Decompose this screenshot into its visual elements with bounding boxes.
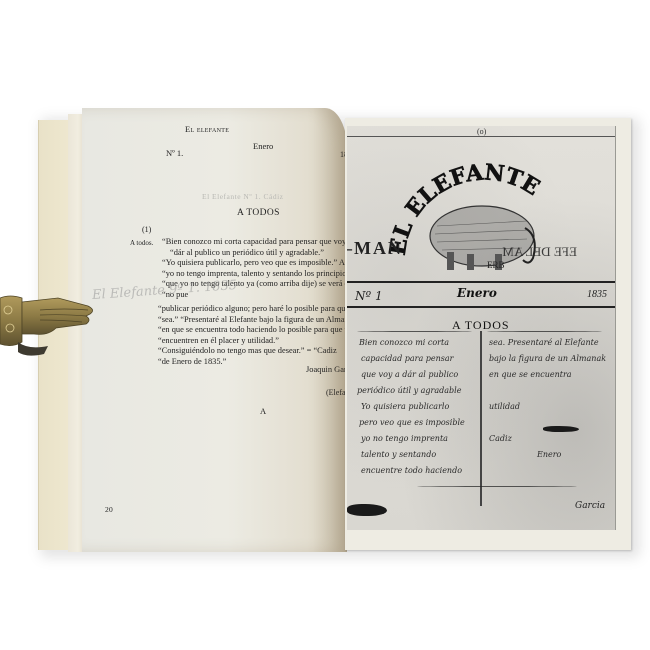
ruled-line bbox=[417, 486, 577, 487]
facsimile-month: Enero bbox=[457, 286, 497, 300]
handwriting: encuentre todo haciendo bbox=[361, 466, 462, 475]
handwriting: que voy a dár al publico bbox=[361, 370, 458, 379]
svg-text:EFE DEL AM: EFE DEL AM bbox=[502, 244, 577, 259]
ruled-line bbox=[357, 331, 472, 332]
facsimile-year: 1835 bbox=[587, 289, 607, 300]
handwriting: Yo quisiera publicarlo bbox=[361, 402, 449, 411]
masthead-sub-left: –MAN bbox=[347, 238, 403, 259]
left-page: El elefante Nº 1. Enero 18 El Elefante N… bbox=[82, 108, 347, 552]
manuscript-facsimile: (o) EL ELEFANTE bbox=[347, 126, 616, 530]
book-photo: El elefante Nº 1. Enero 18 El Elefante N… bbox=[0, 0, 650, 650]
ink-blot bbox=[347, 504, 387, 516]
handwriting: Enero bbox=[537, 450, 561, 459]
margin-label: A todos. bbox=[130, 238, 153, 249]
show-through-text: El Elefante Nº 1. Cádiz bbox=[202, 192, 284, 203]
elephant-masthead-icon: EL ELEFANTE ERB EFE DEL AM bbox=[387, 156, 577, 276]
handwriting: en que se encuentra bbox=[489, 370, 572, 379]
handwriting: yo no tengo imprenta bbox=[361, 434, 448, 443]
column-divider bbox=[480, 331, 482, 506]
ink-blot bbox=[543, 426, 579, 432]
running-head: El elefante bbox=[185, 124, 229, 135]
handwriting: sea. Presentaré al Elefante bbox=[489, 338, 599, 347]
handwriting: utilidad bbox=[489, 402, 520, 411]
date-rule bbox=[347, 306, 615, 308]
masthead-small: ERB bbox=[487, 260, 505, 270]
right-page: (o) EL ELEFANTE bbox=[345, 118, 631, 550]
masthead: EL ELEFANTE ERB EFE DEL AM bbox=[387, 156, 577, 276]
handwriting: pero veo que es imposible bbox=[359, 418, 465, 427]
facsimile-issue-number: Nº 1 bbox=[355, 289, 383, 303]
handwriting: Cadiz bbox=[489, 434, 512, 443]
hand-clip-icon bbox=[0, 288, 100, 358]
facsimile-signature: Garcia bbox=[575, 501, 605, 511]
page-number: 20 bbox=[105, 505, 113, 516]
footnote-marker: (1) bbox=[142, 225, 151, 236]
ruled-line bbox=[487, 331, 602, 332]
handwriting: Bien conozco mi corta bbox=[359, 338, 449, 347]
page-marker: (o) bbox=[477, 127, 486, 136]
page-fold-shadow bbox=[313, 108, 347, 552]
handwriting: talento y sentando bbox=[361, 450, 436, 459]
handwriting: capacidad para pensar bbox=[361, 354, 453, 363]
center-letter: A bbox=[260, 406, 266, 417]
masthead-rule bbox=[347, 281, 615, 283]
issue-month: Enero bbox=[253, 141, 273, 152]
issue-number: Nº 1. bbox=[166, 148, 183, 159]
section-title: A TODOS bbox=[237, 208, 280, 219]
top-rule bbox=[347, 136, 615, 137]
handwriting: periódico útil y agradable bbox=[357, 386, 461, 395]
handwriting: bajo la figura de un Almanak bbox=[489, 354, 606, 363]
brass-hand-clip bbox=[0, 288, 100, 358]
